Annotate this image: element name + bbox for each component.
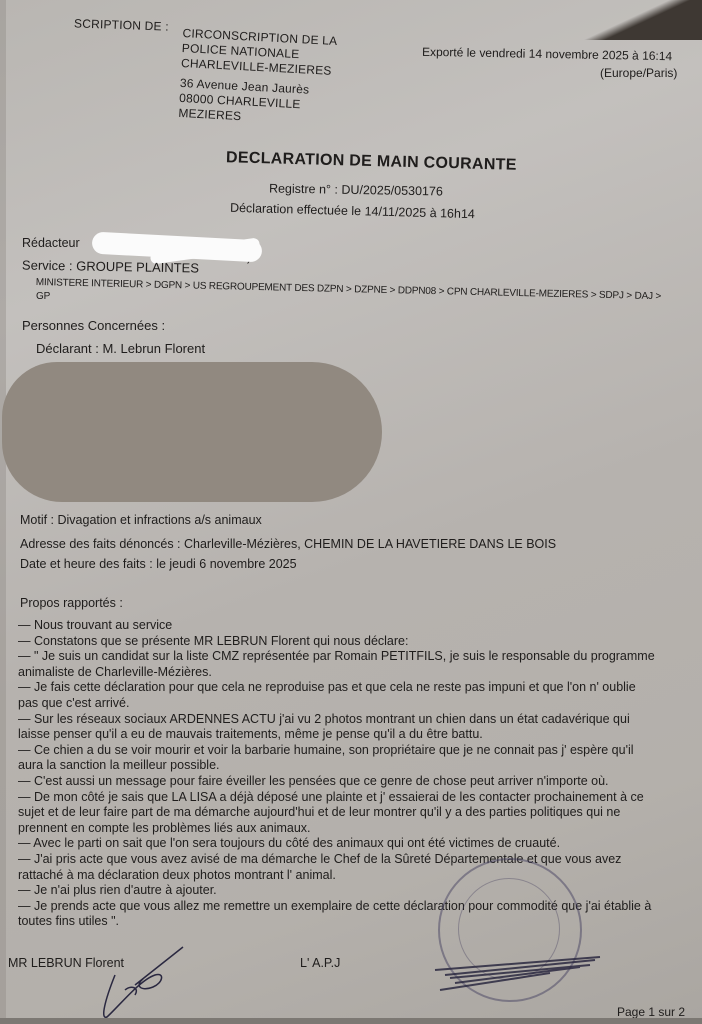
address-line: MEZIERES bbox=[178, 106, 242, 124]
declaration-date: Déclaration effectuée le 14/11/2025 à 16… bbox=[230, 201, 475, 222]
paper-bottom-edge bbox=[0, 1018, 702, 1024]
statement-line: sujet et de leur faire part de ma démarc… bbox=[18, 805, 698, 821]
facts-date: Date et heure des faits : le jeudi 6 nov… bbox=[20, 557, 297, 572]
statement-line: animaliste de Charleville-Mézières. bbox=[18, 665, 698, 681]
statement-line: — Avec le parti on sait que l'on sera to… bbox=[18, 836, 698, 852]
statement-line: toutes fins utiles ". bbox=[18, 914, 698, 930]
service-name: Service : GROUPE PLAINTES bbox=[22, 257, 199, 275]
facts-address: Adresse des faits dénoncés : Charleville… bbox=[20, 537, 556, 552]
officer-signature bbox=[430, 945, 610, 1005]
export-date: Exporté le vendredi 14 novembre 2025 à 1… bbox=[422, 45, 672, 64]
statement-line: aura la sanction la meilleur possible. bbox=[18, 758, 698, 774]
motif: Motif : Divagation et infractions a/s an… bbox=[20, 513, 262, 528]
statement-line: prennent en compte les problèmes liés au… bbox=[18, 821, 698, 837]
declarant-name: Déclarant : M. Lebrun Florent bbox=[36, 341, 205, 356]
export-timezone: (Europe/Paris) bbox=[600, 66, 677, 81]
agency-line: CHARLEVILLE-MEZIERES bbox=[181, 56, 332, 79]
statement-line: rattaché à ma déclaration deux photos mo… bbox=[18, 868, 698, 884]
statement-line: — Je n'ai plus rien d'autre à ajouter. bbox=[18, 883, 698, 899]
statements-heading: Propos rapportés : bbox=[20, 596, 123, 611]
inscription-label: SCRIPTION DE : bbox=[74, 16, 169, 34]
document-page: SCRIPTION DE : CIRCONSCRIPTION DE LA POL… bbox=[0, 0, 702, 1024]
statement-line: — Je prends acte que vous allez me remet… bbox=[18, 899, 698, 915]
officer-label: L' A.P.J bbox=[300, 956, 340, 971]
statements-body: — Nous trouvant au service — Constatons … bbox=[18, 618, 698, 930]
statement-line: — Constatons que se présente MR LEBRUN F… bbox=[18, 634, 698, 650]
registre-number: Registre n° : DU/2025/0530176 bbox=[269, 181, 443, 199]
statement-line: — " Je suis un candidat sur la liste CMZ… bbox=[18, 649, 698, 665]
redaction-block bbox=[2, 362, 382, 502]
redacteur-label: Rédacteur bbox=[22, 236, 80, 251]
statement-line: — Je fais cette déclaration pour que cel… bbox=[18, 680, 698, 696]
statement-line: pas que c'est arrivé. bbox=[18, 696, 698, 712]
statement-line: — De mon côté je sais que LA LISA a déjà… bbox=[18, 790, 698, 806]
document-title: DECLARATION DE MAIN COURANTE bbox=[226, 150, 517, 173]
statement-line: laisse penser qu'il a eu de mauvais trai… bbox=[18, 727, 698, 743]
statement-line: — Nous trouvant au service bbox=[18, 618, 698, 634]
service-hierarchy-cont: GP bbox=[36, 289, 50, 304]
paper-edge bbox=[0, 0, 6, 1024]
statement-line: — Ce chien a du se voir mourir et voir l… bbox=[18, 743, 698, 759]
persons-heading: Personnes Concernées : bbox=[22, 318, 165, 333]
statement-line: — Sur les réseaux sociaux ARDENNES ACTU … bbox=[18, 712, 698, 728]
statement-line: — C'est aussi un message pour faire évei… bbox=[18, 774, 698, 790]
corner-shadow bbox=[572, 0, 702, 40]
declarant-signature bbox=[95, 945, 195, 1024]
service-hierarchy: MINISTERE INTERIEUR > DGPN > US REGROUPE… bbox=[36, 275, 662, 304]
statement-line: — J'ai pris acte que vous avez avisé de … bbox=[18, 852, 698, 868]
